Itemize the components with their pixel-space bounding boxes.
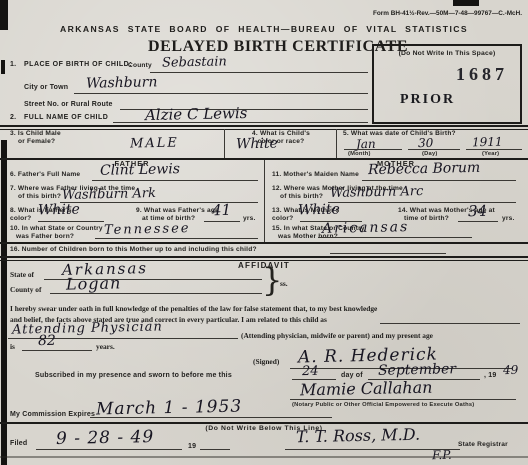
column-divider (336, 129, 337, 159)
mother-name-rule (362, 180, 516, 181)
registrar-label: State Registrar (458, 441, 508, 449)
notary-caption: (Notary Public or Other Official Empower… (292, 402, 474, 408)
full-name-label: FULL NAME OF CHILD (24, 114, 108, 122)
dob-day-value: 30 (418, 137, 434, 149)
notary-rule (290, 399, 516, 400)
father-color-rule (38, 221, 104, 222)
parents-divider (264, 160, 265, 242)
year-caption: (Year) (482, 151, 499, 157)
field-1-number: 1. (10, 61, 16, 69)
commission-label: My Commission Expires (10, 411, 95, 419)
relation-rule-top (380, 323, 520, 324)
sworn-year-value: 49 (503, 364, 519, 376)
dob-year-rule (466, 149, 522, 150)
column-divider (224, 129, 225, 159)
do-not-write-label: (Do Not Write In This Space) (374, 50, 520, 58)
field-2-number: 2. (10, 114, 16, 122)
father-birthplace-value: Tennessee (104, 222, 191, 237)
race-value: White (236, 137, 278, 152)
commission-value: March 1 - 1953 (96, 398, 243, 418)
city-label: City or Town (24, 84, 68, 92)
subscribed-text: Subscribed in my presence and sworn to b… (35, 372, 232, 380)
section-divider (0, 242, 528, 244)
mother-birthplace-value: Aricansas (322, 220, 409, 236)
registrar-note: F.P. (432, 449, 452, 461)
scan-edge-mark (1, 60, 5, 74)
county-rule (150, 72, 368, 73)
mother-age-value: 34 (468, 204, 487, 219)
certificate-number-stamp: 1687 (456, 64, 508, 85)
father-residence-value: Washburn Ark (62, 187, 156, 202)
child-name-value: Alzie C Lewis (145, 106, 248, 123)
children-count-label: 16. Number of Children born to this Moth… (10, 246, 257, 254)
mother-residence-rule (328, 202, 516, 203)
filed-rule (36, 449, 182, 450)
place-of-birth-label: PLACE OF BIRTH OF CHILD: (24, 61, 132, 69)
father-name-value: Clint Lewis (100, 162, 180, 178)
mother-name-label: 11. Mother's Maiden Name (272, 171, 359, 179)
father-name-rule (92, 180, 258, 181)
mother-age-rule (458, 221, 498, 222)
month-caption: (Month) (348, 151, 371, 157)
father-name-label: 6. Father's Full Name (10, 171, 80, 179)
filed-year-rule (200, 449, 230, 450)
agency-title: ARKANSAS STATE BOARD OF HEALTH—BUREAU OF… (0, 24, 528, 34)
sex-value: MALE (130, 136, 179, 150)
scan-edge-strip (1, 140, 7, 465)
county-value: Sebastain (162, 55, 227, 69)
prior-stamp: PRIOR (400, 92, 455, 108)
county-of-label: County of (10, 284, 41, 295)
age-prefix: is (10, 341, 15, 352)
day-caption: (Day) (422, 151, 438, 157)
father-birthplace-rule (95, 238, 258, 239)
notary-signature: Mamie Callahan (300, 380, 433, 399)
relation-value: Attending Physician (12, 320, 163, 336)
mother-birthplace-rule (318, 237, 472, 238)
registrar-signature: T. T. Ross, M.D. (296, 427, 420, 446)
father-age-rule (204, 221, 240, 222)
form-number: Form BH-41½-Rev.—50M—7-48—99767—C.-McH. (373, 10, 522, 17)
city-rule (74, 93, 368, 94)
county-label: County (128, 62, 152, 70)
filed-year-prefix: 19 (188, 443, 196, 451)
delayed-birth-certificate-document: Form BH-41½-Rev.—50M—7-48—99767—C.-McH. … (0, 0, 528, 465)
mother-color-value: White (298, 203, 340, 218)
mother-age-unit: yrs. (502, 215, 515, 223)
do-not-write-box: (Do Not Write In This Space) 1687 PRIOR (372, 44, 522, 124)
filed-label: Filed (10, 440, 27, 448)
age-rule (22, 350, 92, 351)
county-of-value: Logan (66, 275, 122, 292)
age-suffix: years. (96, 341, 115, 352)
father-age-value: 41 (212, 203, 231, 218)
street-label: Street No. or Rural Route (24, 101, 113, 109)
mother-name-value: Rebecca Borum (368, 161, 481, 177)
scan-edge-mark (453, 0, 479, 6)
page-title: DELAYED BIRTH CERTIFICATE (148, 38, 408, 56)
ss-label: ss. (280, 278, 288, 289)
dob-day-rule (408, 149, 460, 150)
state-of-label: State of (10, 269, 34, 280)
footer-divider (0, 422, 528, 424)
children-count-rule (330, 253, 446, 254)
father-birthplace-label: 10. In what State or Country was Father … (10, 225, 103, 241)
father-color-value: White (38, 203, 80, 218)
year-prefix-label: , 19 (484, 372, 496, 380)
sworn-month-value: September (378, 362, 456, 378)
mother-residence-value: Washburn Arc (330, 185, 424, 200)
filed-date-value: 9 - 28 - 49 (56, 429, 155, 448)
sworn-day-value: 24 (302, 365, 319, 378)
signed-label: (Signed) (253, 356, 279, 367)
affiant-age-value: 82 (38, 334, 56, 348)
relation-caption: (Attending physician, midwife or parent)… (241, 330, 433, 341)
dob-month-rule (344, 149, 402, 150)
dob-year-value: 1911 (472, 136, 503, 149)
sex-label: 3. Is Child Male or Female? (10, 130, 61, 146)
city-value: Washburn (86, 75, 158, 90)
father-age-unit: yrs. (243, 215, 256, 223)
